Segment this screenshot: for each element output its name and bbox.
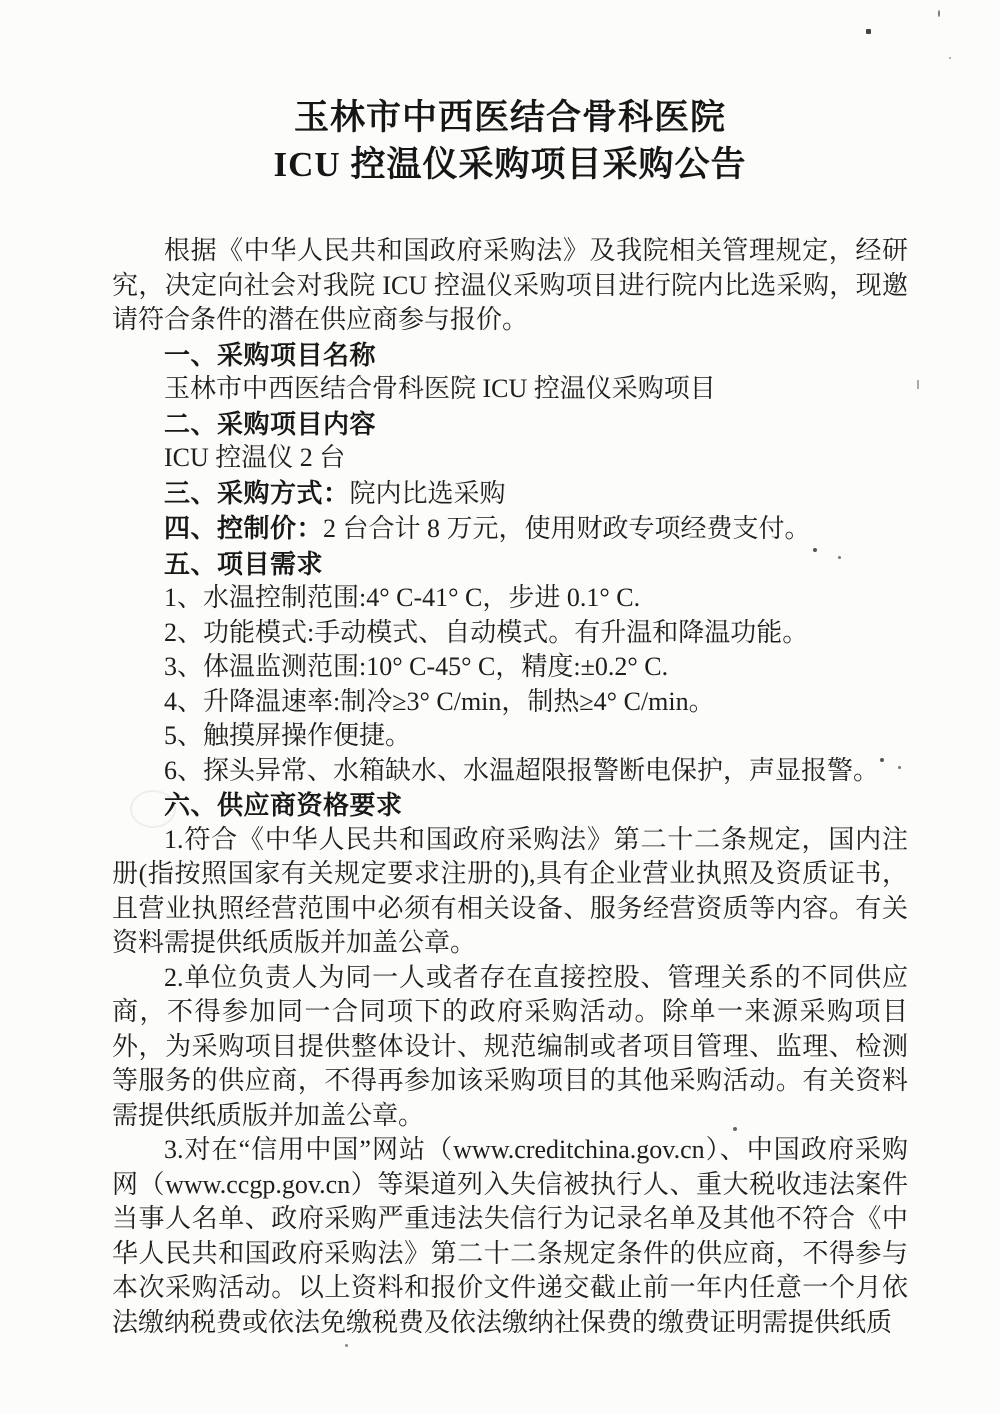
scan-artifact xyxy=(345,1344,348,1347)
scan-artifact xyxy=(880,758,884,762)
qualification-paragraph: 2.单位负责人为同一人或者存在直接控股、管理关系的不同供应商，不得参加同一合同项… xyxy=(112,961,908,1134)
section-heading-6: 六、供应商资格要求 xyxy=(112,788,908,823)
intro-paragraph: 根据《中华人民共和国政府采购法》及我院相关管理规定，经研究，决定向社会对我院 I… xyxy=(112,234,908,338)
requirement-item: 3、体温监测范围:10° C-45° C，精度:±0.2° C. xyxy=(112,650,908,685)
scan-artifact xyxy=(130,790,176,828)
section-1-body: 玉林市中西医结合骨科医院 ICU 控温仪采购项目 xyxy=(112,372,908,407)
requirement-item: 5、触摸屏操作便捷。 xyxy=(112,719,908,754)
requirement-item: 6、探头异常、水箱缺水、水温超限报警断电保护，声显报警。 xyxy=(112,754,908,789)
section-heading-1: 一、采购项目名称 xyxy=(112,338,908,373)
requirement-item: 1、水温控制范围:4° C-41° C，步进 0.1° C. xyxy=(112,581,908,616)
section-4-value: 2 台合计 8 万元，使用财政专项经费支付。 xyxy=(323,514,811,543)
scan-artifact xyxy=(938,10,940,17)
section-heading-4: 四、控制价：2 台合计 8 万元，使用财政专项经费支付。 xyxy=(112,511,908,547)
scanned-document-page: 玉林市中西医结合骨科医院 ICU 控温仪采购项目采购公告 根据《中华人民共和国政… xyxy=(0,0,1000,1414)
scan-artifact xyxy=(866,29,871,34)
section-heading-5: 五、项目需求 xyxy=(112,547,908,582)
section-heading-2: 二、采购项目内容 xyxy=(112,407,908,442)
section-2-body: ICU 控温仪 2 台 xyxy=(112,441,908,476)
section-3-label: 三、采购方式： xyxy=(164,478,350,508)
scan-artifact xyxy=(838,556,841,559)
section-4-label: 四、控制价： xyxy=(164,513,323,543)
scan-artifact xyxy=(813,548,817,552)
scan-artifact xyxy=(917,380,919,389)
document-title: 玉林市中西医结合骨科医院 ICU 控温仪采购项目采购公告 xyxy=(112,94,908,188)
scan-artifact xyxy=(898,766,901,769)
scan-artifact xyxy=(733,1127,737,1131)
qualification-paragraph: 3.对在“信用中国”网站（www.creditchina.gov.cn）、中国政… xyxy=(112,1133,908,1340)
requirement-item: 4、升降温速率:制冷≥3° C/min，制热≥4° C/min。 xyxy=(112,685,908,720)
document-title-line1: 玉林市中西医结合骨科医院 xyxy=(112,94,908,141)
section-heading-3: 三、采购方式：院内比选采购 xyxy=(112,476,908,512)
qualification-paragraph: 1.符合《中华人民共和国政府采购法》第二十二条规定，国内注册(指按照国家有关规定… xyxy=(112,823,908,961)
section-3-value: 院内比选采购 xyxy=(350,479,506,508)
document-content: 玉林市中西医结合骨科医院 ICU 控温仪采购项目采购公告 根据《中华人民共和国政… xyxy=(112,0,908,1340)
scan-artifact xyxy=(949,57,951,59)
requirement-item: 2、功能模式:手动模式、自动模式。有升温和降温功能。 xyxy=(112,616,908,651)
document-title-line2: ICU 控温仪采购项目采购公告 xyxy=(112,141,908,188)
